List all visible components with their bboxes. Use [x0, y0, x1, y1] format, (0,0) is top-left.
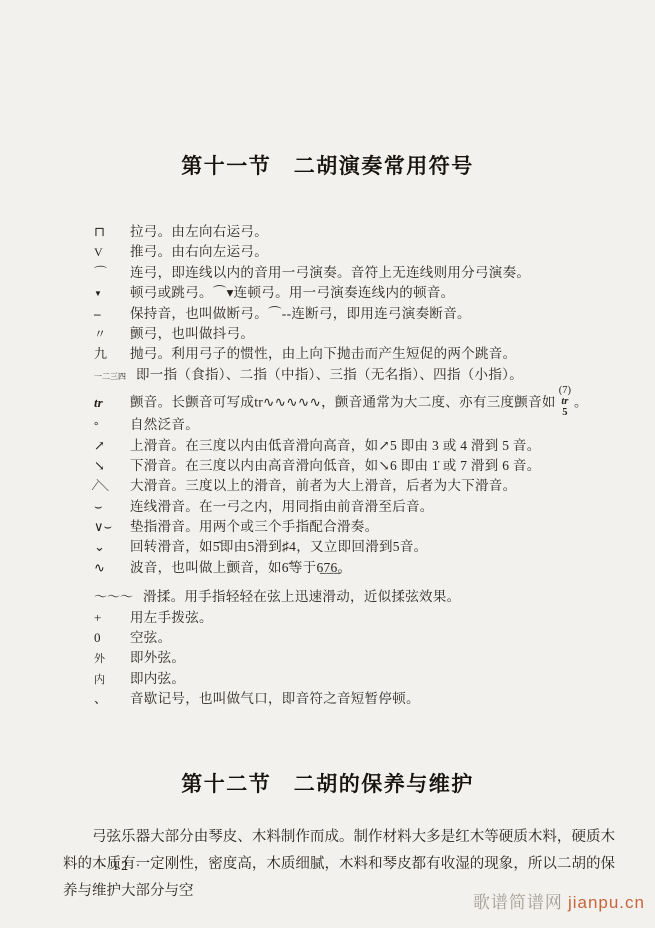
symbol-row: 、音歇记号，也叫做气口，即音符之音短暂停顿。 [94, 687, 630, 707]
notation-symbol: 〃 [94, 325, 120, 342]
symbol-description: 连线滑音。在一弓之内，用同指由前音滑至后音。 [130, 499, 434, 514]
symbol-description: 波音，也叫做上颤音，如6̃等于6̲7̲6̲。 [130, 560, 351, 575]
symbol-description: 抛弓。利用弓子的惯性，由上向下抛击而产生短促的两个跳音。 [130, 346, 516, 361]
scanned-book-page: 第十一节 二胡演奏常用符号 ⊓拉弓。由左向右运弓。V推弓。由右向左运弓。⌒连弓，… [0, 0, 655, 928]
symbol-row: ⌄回转滑音，如5̑即由5滑到♯4，又立即回滑到5音。 [94, 535, 630, 555]
notation-symbol: tr [94, 395, 120, 411]
trill-notation-mid: tr [559, 397, 571, 408]
symbol-row: 〃颤弓，也叫做抖弓。 [94, 322, 630, 342]
notation-symbol: ～～～ [94, 586, 133, 605]
notation-symbol: ▼ [94, 289, 120, 298]
symbol-description: 空弦。 [130, 630, 171, 645]
watermark-site-name: 歌谱简谱网 [473, 893, 563, 912]
symbol-description: 即内弦。 [130, 671, 185, 686]
notation-symbol: ∿ [94, 560, 120, 576]
notation-symbol: ⌄ [94, 539, 120, 555]
symbol-row: ↗上滑音。在三度以内由低音滑向高音，如↗5 即由 3 或 4 滑到 5 音。 [94, 434, 630, 454]
symbol-row: +用左手拨弦。 [94, 606, 630, 626]
symbol-description: 下滑音。在三度以内由高音滑向低音，如↘6 即由 1̇ 或 7 滑到 6 音。 [130, 458, 541, 473]
symbol-row: ⊓拉弓。由左向右运弓。 [94, 220, 630, 240]
symbol-description: 音歇记号，也叫做气口，即音符之音短暂停顿。 [130, 691, 420, 706]
symbol-row: °自然泛音。 [94, 413, 630, 433]
symbol-row: ∿波音，也叫做上颤音，如6̃等于6̲7̲6̲。 [94, 556, 630, 576]
stacked-trill-notation: (7)tr5 [559, 386, 571, 418]
symbol-row: ↘下滑音。在三度以内由高音滑向低音，如↘6 即由 1̇ 或 7 滑到 6 音。 [94, 454, 630, 474]
notation-symbol: ⌣ [94, 499, 120, 515]
symbol-description: 颤弓，也叫做抖弓。 [130, 326, 254, 341]
symbol-description: 用左手拨弦。 [130, 610, 213, 625]
symbol-row: ⌒连弓，即连线以内的音用一弓演奏。音符上无连线则用分弓演奏。 [94, 261, 630, 281]
symbol-description: 即一指（食指）、二指（中指）、三指（无名指）、四指（小指）。 [136, 367, 523, 382]
notation-symbol: + [94, 610, 120, 626]
watermark: 歌谱简谱网jianpu.cn [473, 888, 645, 913]
symbol-description: 自然泛音。 [130, 417, 199, 432]
symbol-row: tr颤音。长颤音可写成tr∿∿∿∿∿，颤音通常为大二度、亦有三度颤音如(7)tr… [94, 383, 630, 413]
symbol-row: ⌣连线滑音。在一弓之内，用同指由前音滑至后音。 [94, 495, 630, 515]
symbol-description: 保持音，也叫做断弓。⌒--连断弓，即用连弓演奏断音。 [130, 306, 471, 321]
notation-symbol: ∨⌣ [94, 519, 120, 535]
symbol-description: 拉弓。由左向右运弓。 [130, 224, 268, 239]
notation-symbol: 外 [94, 650, 120, 666]
symbol-row: 一二三四即一指（食指）、二指（中指）、三指（无名指）、四指（小指）。 [94, 363, 630, 383]
symbol-row: 外即外弦。 [94, 646, 630, 666]
symbol-row: ∨⌣垫指滑音。用两个或三个手指配合滑奏。 [94, 515, 630, 535]
symbol-row: ∕＼大滑音。三度以上的滑音，前者为大上滑音，后者为大下滑音。 [94, 474, 630, 494]
symbol-row: ▼顿弓或跳弓。⌒▾连顿弓。用一弓演奏连线内的顿音。 [94, 281, 630, 301]
symbol-description: 大滑音。三度以上的滑音，前者为大上滑音，后者为大下滑音。 [130, 478, 516, 493]
notation-symbol: ⌒ [94, 262, 120, 281]
page-number: · 12 · [100, 859, 142, 875]
symbol-description: 连弓，即连线以内的音用一弓演奏。音符上无连线则用分弓演奏。 [130, 265, 530, 280]
section-12-title: 第十二节 二胡的保养与维护 [0, 768, 655, 798]
symbol-row: 0空弦。 [94, 626, 630, 646]
notation-symbol: 九 [94, 343, 120, 362]
symbol-description: 回转滑音，如5̑即由5滑到♯4，又立即回滑到5音。 [130, 539, 427, 554]
symbol-row: 九抛弓。利用弓子的惯性，由上向下抛击而产生短促的两个跳音。 [94, 342, 630, 362]
notation-symbol: ° [94, 420, 120, 432]
symbol-row: –保持音，也叫做断弓。⌒--连断弓，即用连弓演奏断音。 [94, 302, 630, 322]
symbol-description-after: 。 [574, 395, 588, 410]
symbol-row: 内即内弦。 [94, 667, 630, 687]
notation-symbol: 内 [94, 671, 120, 687]
notation-symbol: ∕＼ [94, 475, 120, 494]
symbol-description: 滑揉。用手指轻轻在弦上迅速滑动，近似揉弦效果。 [143, 589, 460, 604]
symbol-description: 颤音。长颤音可写成tr∿∿∿∿∿，颤音通常为大二度、亦有三度颤音如 [130, 395, 556, 410]
symbol-row: V推弓。由右向左运弓。 [94, 240, 630, 260]
notation-symbol: 0 [94, 630, 120, 646]
notation-symbol: ↘ [94, 458, 120, 474]
symbol-description: 顿弓或跳弓。⌒▾连顿弓。用一弓演奏连线内的顿音。 [130, 285, 454, 300]
notation-symbol: 、 [94, 688, 120, 707]
notation-symbol-legend: ⊓拉弓。由左向右运弓。V推弓。由右向左运弓。⌒连弓，即连线以内的音用一弓演奏。音… [94, 220, 630, 708]
trill-notation-bottom: 5 [559, 408, 571, 419]
notation-symbol: – [94, 306, 120, 322]
symbol-description: 即外弦。 [130, 650, 185, 665]
symbol-description: 垫指滑音。用两个或三个手指配合滑奏。 [130, 519, 378, 534]
notation-symbol: 一二三四 [94, 371, 126, 382]
notation-symbol: ↗ [94, 438, 120, 454]
symbol-description: 推弓。由右向左运弓。 [130, 244, 268, 259]
symbol-description: 上滑音。在三度以内由低音滑向高音，如↗5 即由 3 或 4 滑到 5 音。 [130, 438, 541, 453]
watermark-domain: jianpu.cn [568, 893, 645, 912]
section-11-title: 第十一节 二胡演奏常用符号 [0, 0, 655, 180]
notation-symbol: ⊓ [94, 224, 120, 240]
notation-symbol: V [94, 245, 120, 260]
symbol-row: ～～～滑揉。用手指轻轻在弦上迅速滑动，近似揉弦效果。 [94, 585, 630, 605]
